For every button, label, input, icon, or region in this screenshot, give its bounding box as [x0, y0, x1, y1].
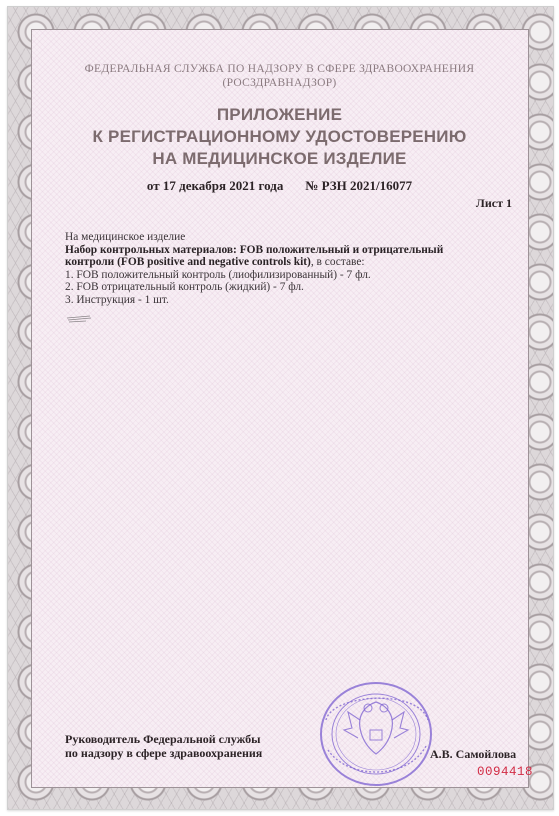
serial-number: 0094418 — [477, 765, 533, 779]
title-line-2: К РЕГИСТРАЦИОННОМУ УДОСТОВЕРЕНИЮ — [0, 126, 559, 148]
device-name-bold: Набор контрольных материалов: FOB положи… — [65, 244, 443, 269]
title-line-3: НА МЕДИЦИНСКОЕ ИЗДЕЛИЕ — [0, 148, 559, 170]
official-seal-stamp-icon — [318, 680, 434, 788]
signer-position: Руководитель Федеральной службы по надзо… — [65, 732, 262, 760]
document-title: ПРИЛОЖЕНИЕ К РЕГИСТРАЦИОННОМУ УДОСТОВЕРЕ… — [0, 104, 559, 170]
title-line-1: ПРИЛОЖЕНИЕ — [0, 104, 559, 126]
signer-position-line-2: по надзору в сфере здравоохранения — [65, 746, 262, 760]
list-item: 3. Инструкция - 1 шт. — [65, 294, 485, 307]
signer-position-line-1: Руководитель Федеральной службы — [65, 732, 262, 746]
signer-name: А.В. Самойлова — [430, 747, 516, 762]
list-item: 2. FOB отрицательный контроль (жидкий) -… — [65, 281, 485, 294]
agency-name: ФЕДЕРАЛЬНАЯ СЛУЖБА ПО НАДЗОРУ В СФЕРЕ ЗД… — [0, 62, 559, 76]
registration-line: от 17 декабря 2021 года№ РЗН 2021/16077 — [0, 178, 559, 194]
device-description: На медицинское изделие Набор контрольных… — [65, 231, 485, 306]
agency-abbreviation: (РОСЗДРАВНАДЗОР) — [0, 76, 559, 90]
registration-date: от 17 декабря 2021 года — [147, 178, 283, 193]
device-name: Набор контрольных материалов: FOB положи… — [65, 244, 485, 269]
registration-number: № РЗН 2021/16077 — [305, 178, 412, 193]
sheet-number: Лист 1 — [476, 196, 512, 211]
device-name-suffix: , в составе: — [311, 256, 365, 268]
handwritten-initials-icon — [66, 315, 92, 323]
agency-header: ФЕДЕРАЛЬНАЯ СЛУЖБА ПО НАДЗОРУ В СФЕРЕ ЗД… — [0, 62, 559, 90]
device-intro: На медицинское изделие — [65, 231, 485, 244]
list-item: 1. FOB положительный контроль (лиофилизи… — [65, 269, 485, 282]
